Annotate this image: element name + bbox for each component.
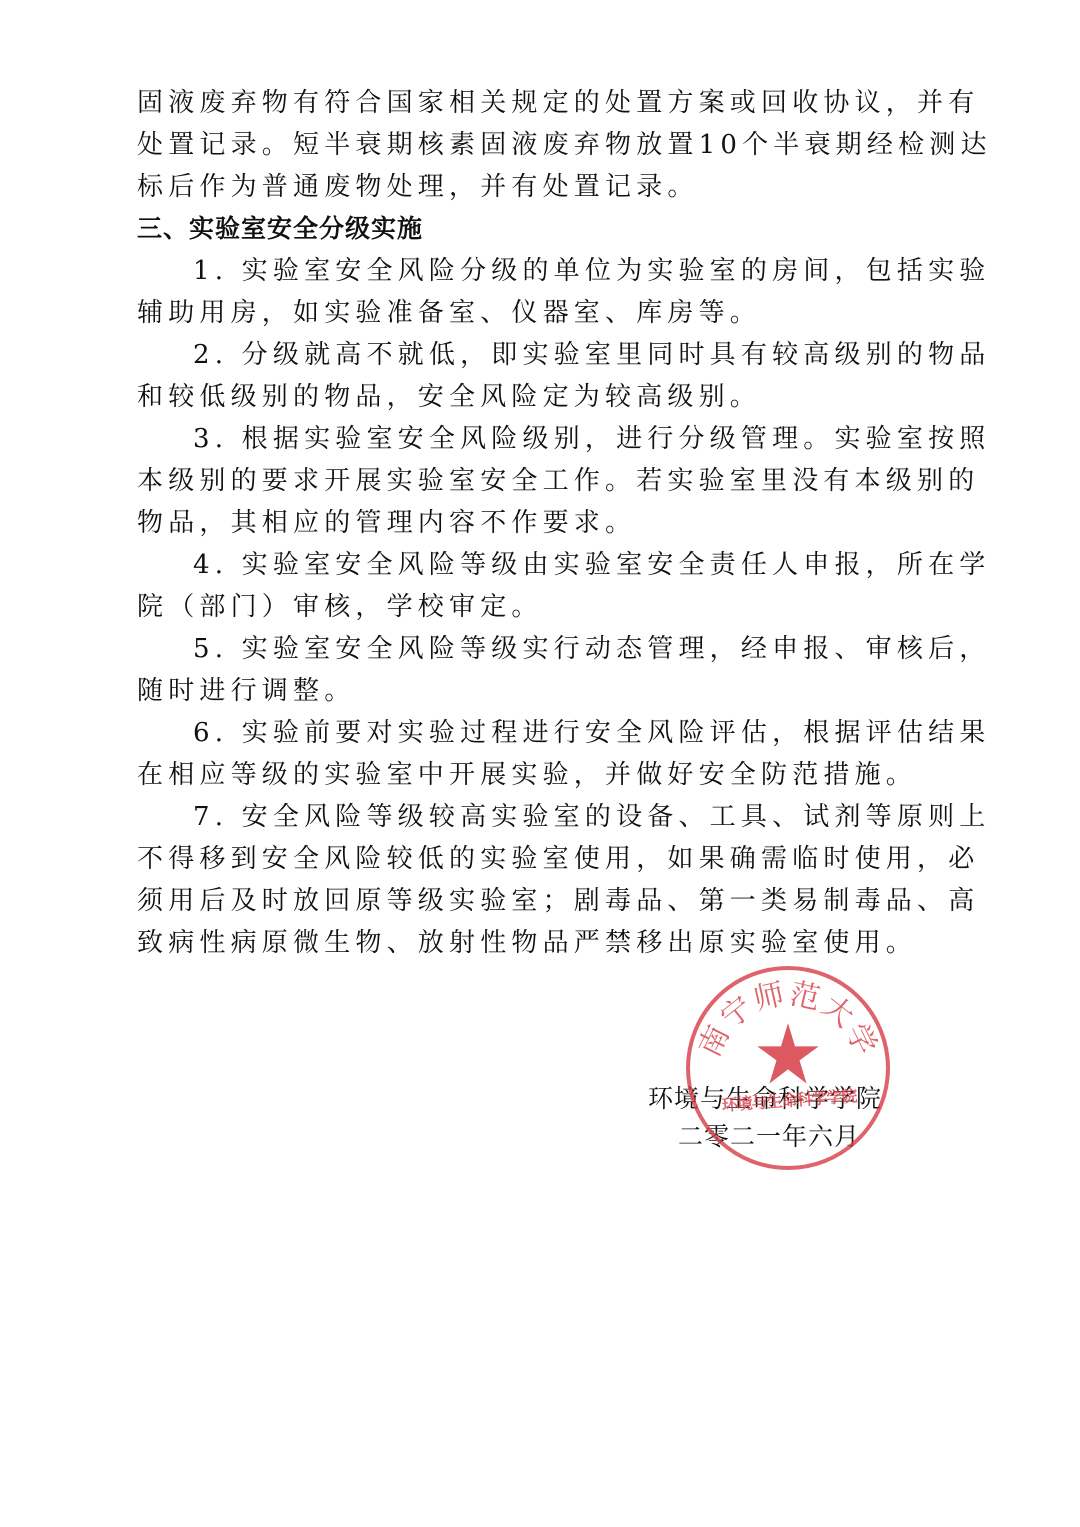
- text-line: 不得移到安全风险较低的实验室使用，如果确需临时使用，必: [137, 838, 937, 880]
- text-line: 4. 实验室安全风险等级由实验室安全责任人申报，所在学: [137, 544, 937, 586]
- text-line: 1. 实验室安全风险分级的单位为实验室的房间，包括实验: [137, 250, 937, 292]
- text-line: 物品，其相应的管理内容不作要求。: [137, 502, 937, 544]
- list-item-2: 2. 分级就高不就低，即实验室里同时具有较高级别的物品 和较低级别的物品，安全风…: [137, 334, 937, 418]
- list-item-6: 6. 实验前要对实验过程进行安全风险评估，根据评估结果 在相应等级的实验室中开展…: [137, 712, 937, 796]
- svg-text:南宁师范大学: 南宁师范大学: [692, 976, 884, 1062]
- star-icon: [756, 1022, 820, 1086]
- list-item-5: 5. 实验室安全风险等级实行动态管理，经申报、审核后， 随时进行调整。: [137, 628, 937, 712]
- text-line: 辅助用房，如实验准备室、仪器室、库房等。: [137, 292, 937, 334]
- text-line: 致病性病原微生物、放射性物品严禁移出原实验室使用。: [137, 922, 937, 964]
- text-line: 7. 安全风险等级较高实验室的设备、工具、试剂等原则上: [137, 796, 937, 838]
- section-heading: 三、实验室安全分级实施: [137, 208, 937, 250]
- text-line: 标后作为普通废物处理，并有处置记录。: [137, 166, 937, 208]
- text-line: 院（部门）审核，学校审定。: [137, 586, 937, 628]
- text-line: 在相应等级的实验室中开展实验，并做好安全防范措施。: [137, 754, 937, 796]
- list-item-7: 7. 安全风险等级较高实验室的设备、工具、试剂等原则上 不得移到安全风险较低的实…: [137, 796, 937, 964]
- text-line: 处置记录。短半衰期核素固液废弃物放置10个半衰期经检测达: [137, 124, 937, 166]
- continuation-paragraph: 固液废弃物有符合国家相关规定的处置方案或回收协议，并有 处置记录。短半衰期核素固…: [137, 82, 937, 208]
- signature-block: 环境与生命科学学院 二零二一年六月: [648, 1080, 882, 1156]
- text-line: 本级别的要求开展实验室安全工作。若实验室里没有本级别的: [137, 460, 937, 502]
- list-item-4: 4. 实验室安全风险等级由实验室安全责任人申报，所在学 院（部门）审核，学校审定…: [137, 544, 937, 628]
- signature-organization: 环境与生命科学学院: [648, 1080, 882, 1118]
- text-line: 6. 实验前要对实验过程进行安全风险评估，根据评估结果: [137, 712, 937, 754]
- text-line: 和较低级别的物品，安全风险定为较高级别。: [137, 376, 937, 418]
- text-line: 3. 根据实验室安全风险级别，进行分级管理。实验室按照: [137, 418, 937, 460]
- text-line: 5. 实验室安全风险等级实行动态管理，经申报、审核后，: [137, 628, 937, 670]
- text-line: 随时进行调整。: [137, 670, 937, 712]
- list-item-1: 1. 实验室安全风险分级的单位为实验室的房间，包括实验 辅助用房，如实验准备室、…: [137, 250, 937, 334]
- text-line: 须用后及时放回原等级实验室；剧毒品、第一类易制毒品、高: [137, 880, 937, 922]
- signature-date: 二零二一年六月: [648, 1118, 882, 1156]
- text-line: 2. 分级就高不就低，即实验室里同时具有较高级别的物品: [137, 334, 937, 376]
- text-line: 固液废弃物有符合国家相关规定的处置方案或回收协议，并有: [137, 82, 937, 124]
- document-page: 固液废弃物有符合国家相关规定的处置方案或回收协议，并有 处置记录。短半衰期核素固…: [137, 82, 937, 964]
- list-item-3: 3. 根据实验室安全风险级别，进行分级管理。实验室按照 本级别的要求开展实验室安…: [137, 418, 937, 544]
